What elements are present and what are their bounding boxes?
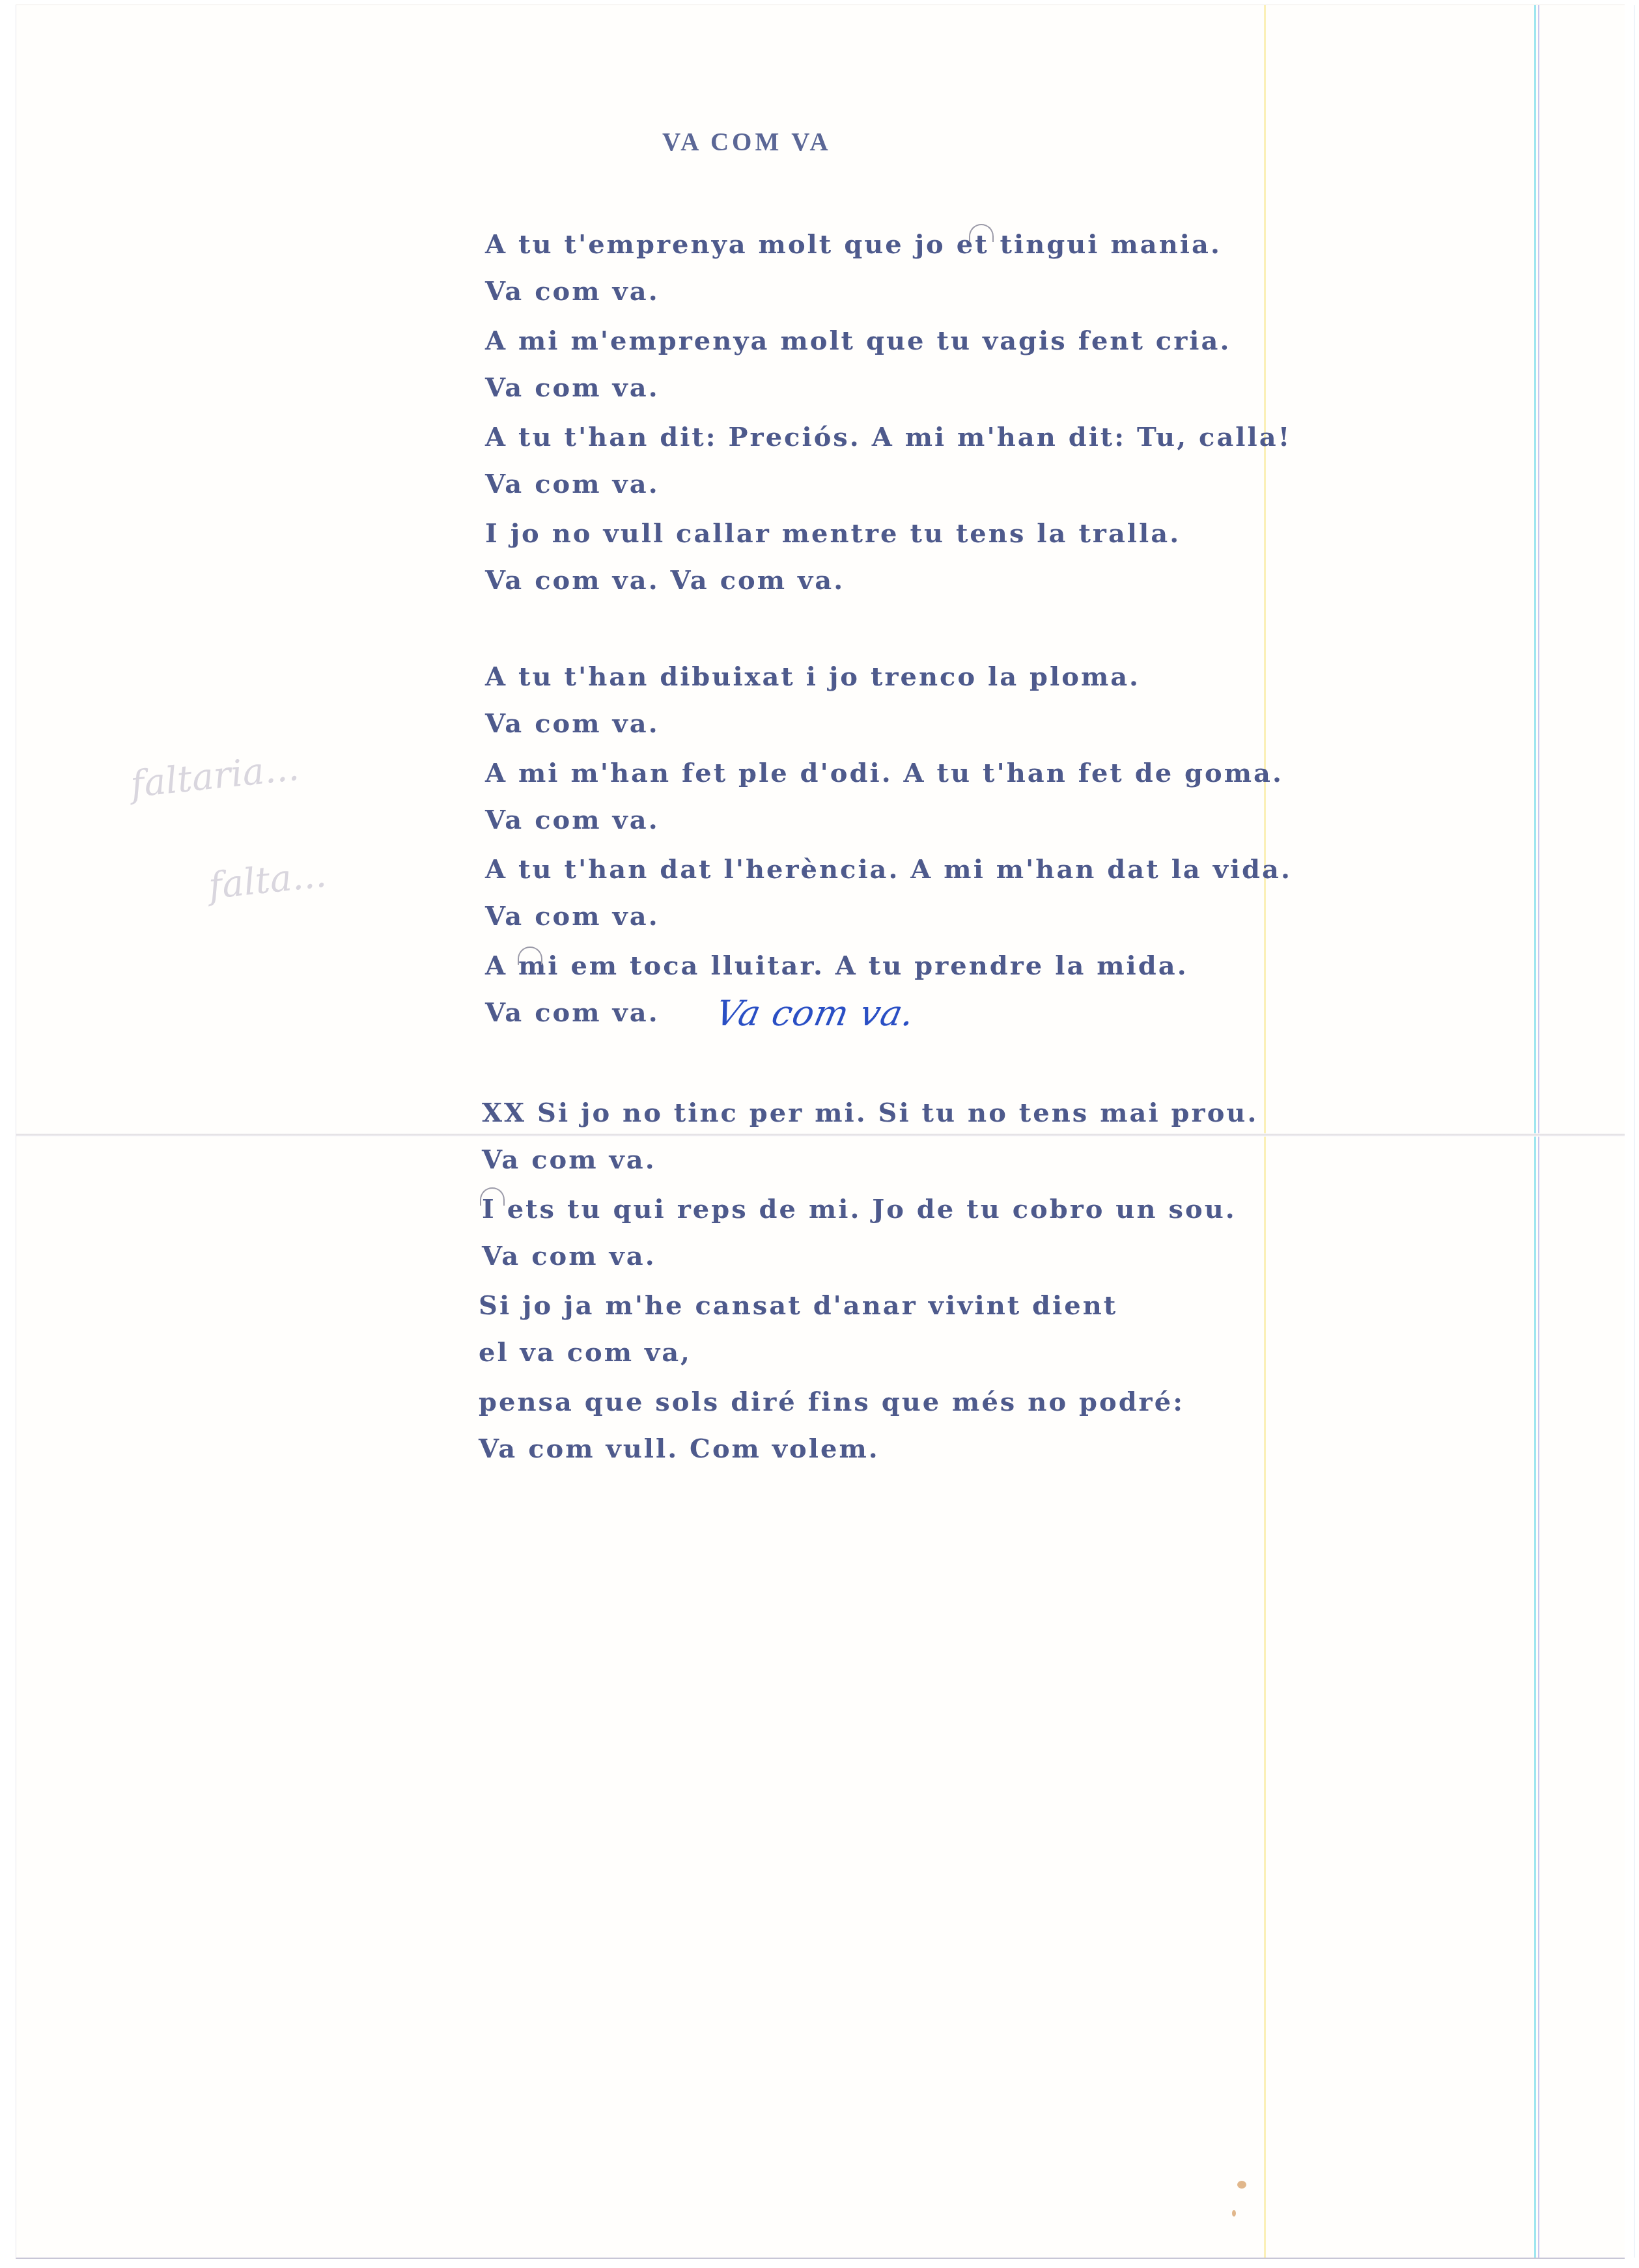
poem-line: A tu t'han dat l'herència. A mi m'han da… — [485, 857, 1292, 883]
poem-line: Va com va. — [485, 807, 660, 833]
poem-line: Va com vull. Com volem. — [479, 1436, 880, 1462]
poem-line: I ets tu qui reps de mi. Jo de tu cobro … — [482, 1196, 1237, 1223]
poem-line: Va com va. — [485, 904, 660, 930]
handwritten-annotation: Va com va. — [712, 993, 919, 1034]
poem-line: Va com va. — [485, 1000, 660, 1026]
poem-title: VA COM VA — [662, 128, 832, 157]
paper-stain — [1232, 2210, 1236, 2217]
poem-line: Va com va. — [485, 711, 660, 737]
poem-line: A tu t'emprenya molt que jo et tingui ma… — [485, 232, 1222, 258]
poem-line: A mi em toca lluitar. A tu prendre la mi… — [485, 953, 1188, 979]
poem-line: el va com va, — [479, 1340, 692, 1366]
scan-artifact-line — [1534, 5, 1536, 2258]
poem-line: Va com va. — [485, 471, 660, 497]
poem-line: Si jo ja m'he cansat d'anar vivint dient — [479, 1293, 1117, 1319]
poem-line: Va com va. — [485, 279, 660, 305]
poem-line: A tu t'han dibuixat i jo trenco la ploma… — [485, 664, 1140, 690]
poem-line: pensa que sols diré fins que més no podr… — [479, 1389, 1184, 1415]
scan-artifact-line — [1634, 5, 1635, 2258]
poem-line: I jo no vull callar mentre tu tens la tr… — [485, 521, 1181, 547]
poem-line: Va com va. — [482, 1147, 656, 1173]
poem-line: Va com va. Va com va. — [485, 568, 845, 594]
poem-line: A mi m'han fet ple d'odi. A tu t'han fet… — [485, 760, 1283, 786]
paper-fold-crease — [16, 1133, 1625, 1137]
poem-line: Va com va. — [482, 1243, 656, 1269]
scan-artifact-line — [1538, 5, 1539, 2258]
poem-line: Va com va. — [485, 375, 660, 401]
paper-stain — [1237, 2181, 1246, 2189]
poem-line: XX Si jo no tinc per mi. Si tu no tens m… — [482, 1100, 1258, 1126]
poem-line: A mi m'emprenya molt que tu vagis fent c… — [485, 328, 1231, 354]
scan-artifact-line — [1264, 5, 1266, 2258]
poem-line: A tu t'han dit: Preciós. A mi m'han dit:… — [485, 424, 1291, 450]
